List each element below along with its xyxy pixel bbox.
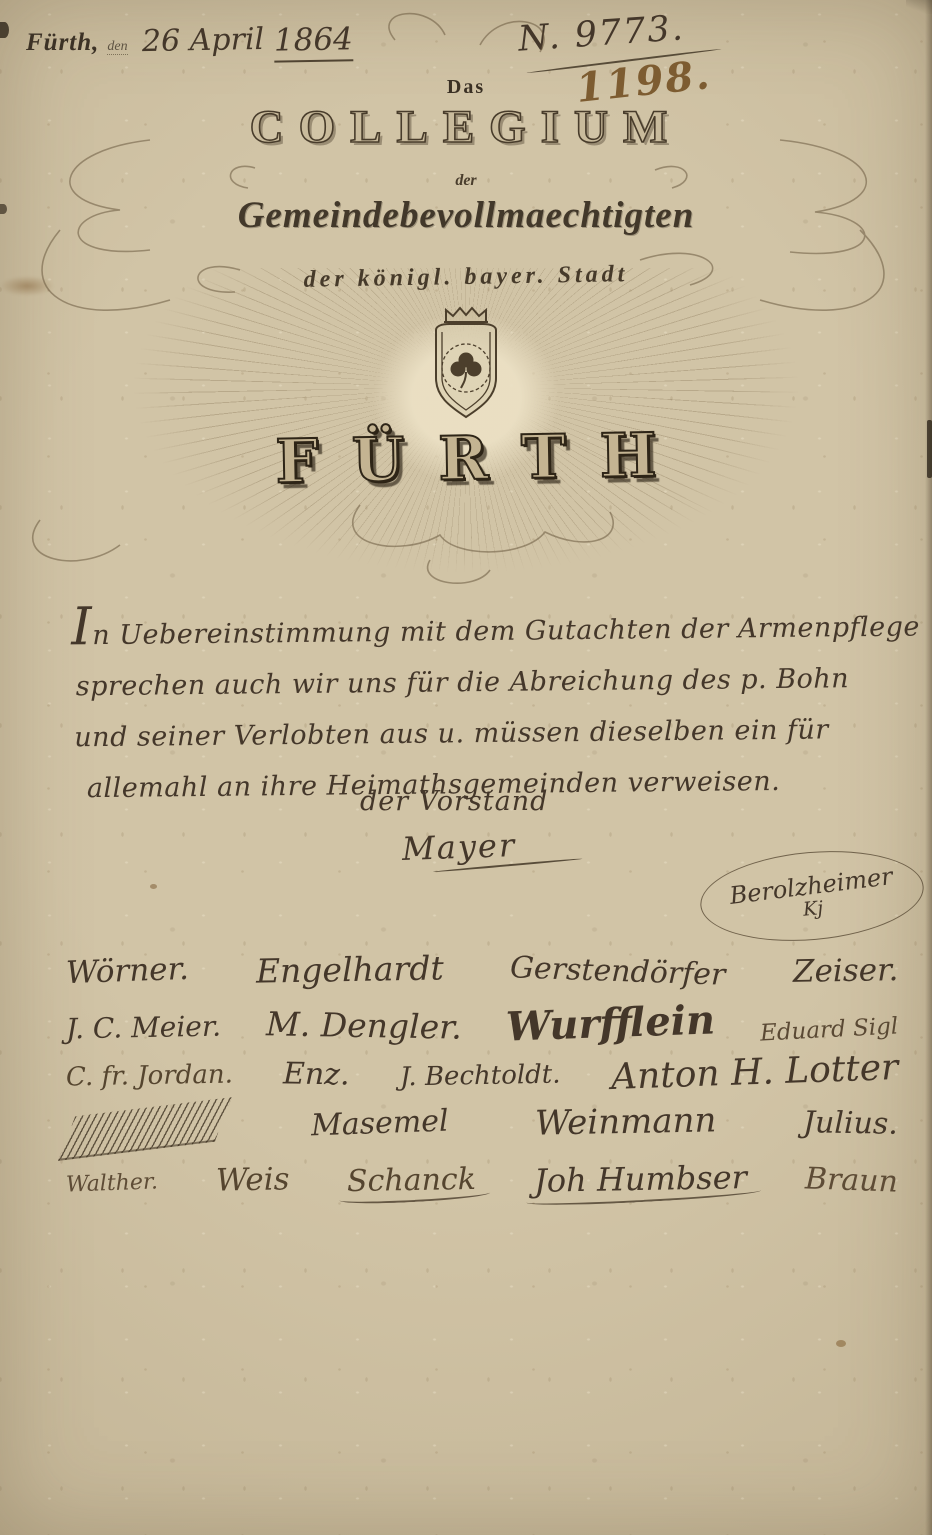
letterhead-der: der	[0, 172, 932, 190]
signature: Walther.	[66, 1169, 159, 1197]
closing-role: der Vorstand	[360, 786, 548, 817]
body-line: und seiner Verlobten aus u. müssen diese…	[74, 704, 900, 764]
body-line: sprechen auch wir uns für die Abreichung…	[76, 653, 900, 713]
paper-fleck	[150, 884, 157, 889]
handwritten-body: In Uebereinstimmung mit dem Gutachten de…	[71, 594, 901, 815]
signature: Enz.	[283, 1056, 350, 1092]
signature: Anton H. Lotter	[610, 1047, 899, 1098]
signature: C. fr. Jordan.	[66, 1060, 233, 1093]
signature-row: C. fr. Jordan. Enz. J. Bechtoldt. Anton …	[66, 1052, 898, 1093]
city-crest-icon	[411, 300, 521, 428]
body-line: In Uebereinstimmung mit dem Gutachten de…	[71, 594, 900, 662]
signature-row: J. C. Meier. M. Dengler. Wurfflein Eduar…	[66, 1000, 898, 1047]
letterhead-body-name: Gemeindebevollmaechtigten	[0, 194, 932, 237]
signature: Gerstendörfer	[510, 950, 726, 992]
signature: Weinmann	[535, 1100, 717, 1143]
letterhead-das: Das	[0, 76, 932, 99]
signature: J. C. Meier.	[66, 1010, 222, 1046]
signature: Masemel	[310, 1104, 449, 1144]
signature: J. Bechtoldt.	[400, 1060, 561, 1093]
signature: Joh Humbser	[534, 1158, 748, 1200]
scanned-document-page: Fürth,den26 April1864 N. 9773. 1198. Das…	[0, 0, 932, 1535]
signature: Wörner.	[65, 951, 189, 991]
registrar-oval-signature: Berolzheimer Kj	[697, 842, 928, 949]
letterhead-title: COLLEGIUM	[0, 100, 932, 154]
president-signature: Mayer	[401, 826, 516, 868]
signature: Zeiser.	[792, 952, 898, 990]
signature: Weis	[216, 1161, 290, 1198]
signature: Julius.	[803, 1105, 898, 1142]
signature: Schanck	[347, 1162, 476, 1199]
crossed-out-signature	[58, 1097, 232, 1161]
signature: Eduard Sigl	[759, 1013, 898, 1046]
signature-row: Masemel Weinmann Julius.	[66, 1102, 898, 1144]
signature-row: Wörner. Engelhardt Gerstendörfer Zeiser.	[66, 950, 898, 989]
signature-row: Walther. Weis Schanck Joh Humbser Braun	[66, 1160, 898, 1198]
paper-fleck	[836, 1340, 846, 1347]
signature: Braun	[804, 1161, 898, 1199]
signature: Engelhardt	[255, 948, 443, 990]
signature: Wurfflein	[505, 996, 716, 1050]
signature: M. Dengler.	[265, 1004, 462, 1046]
